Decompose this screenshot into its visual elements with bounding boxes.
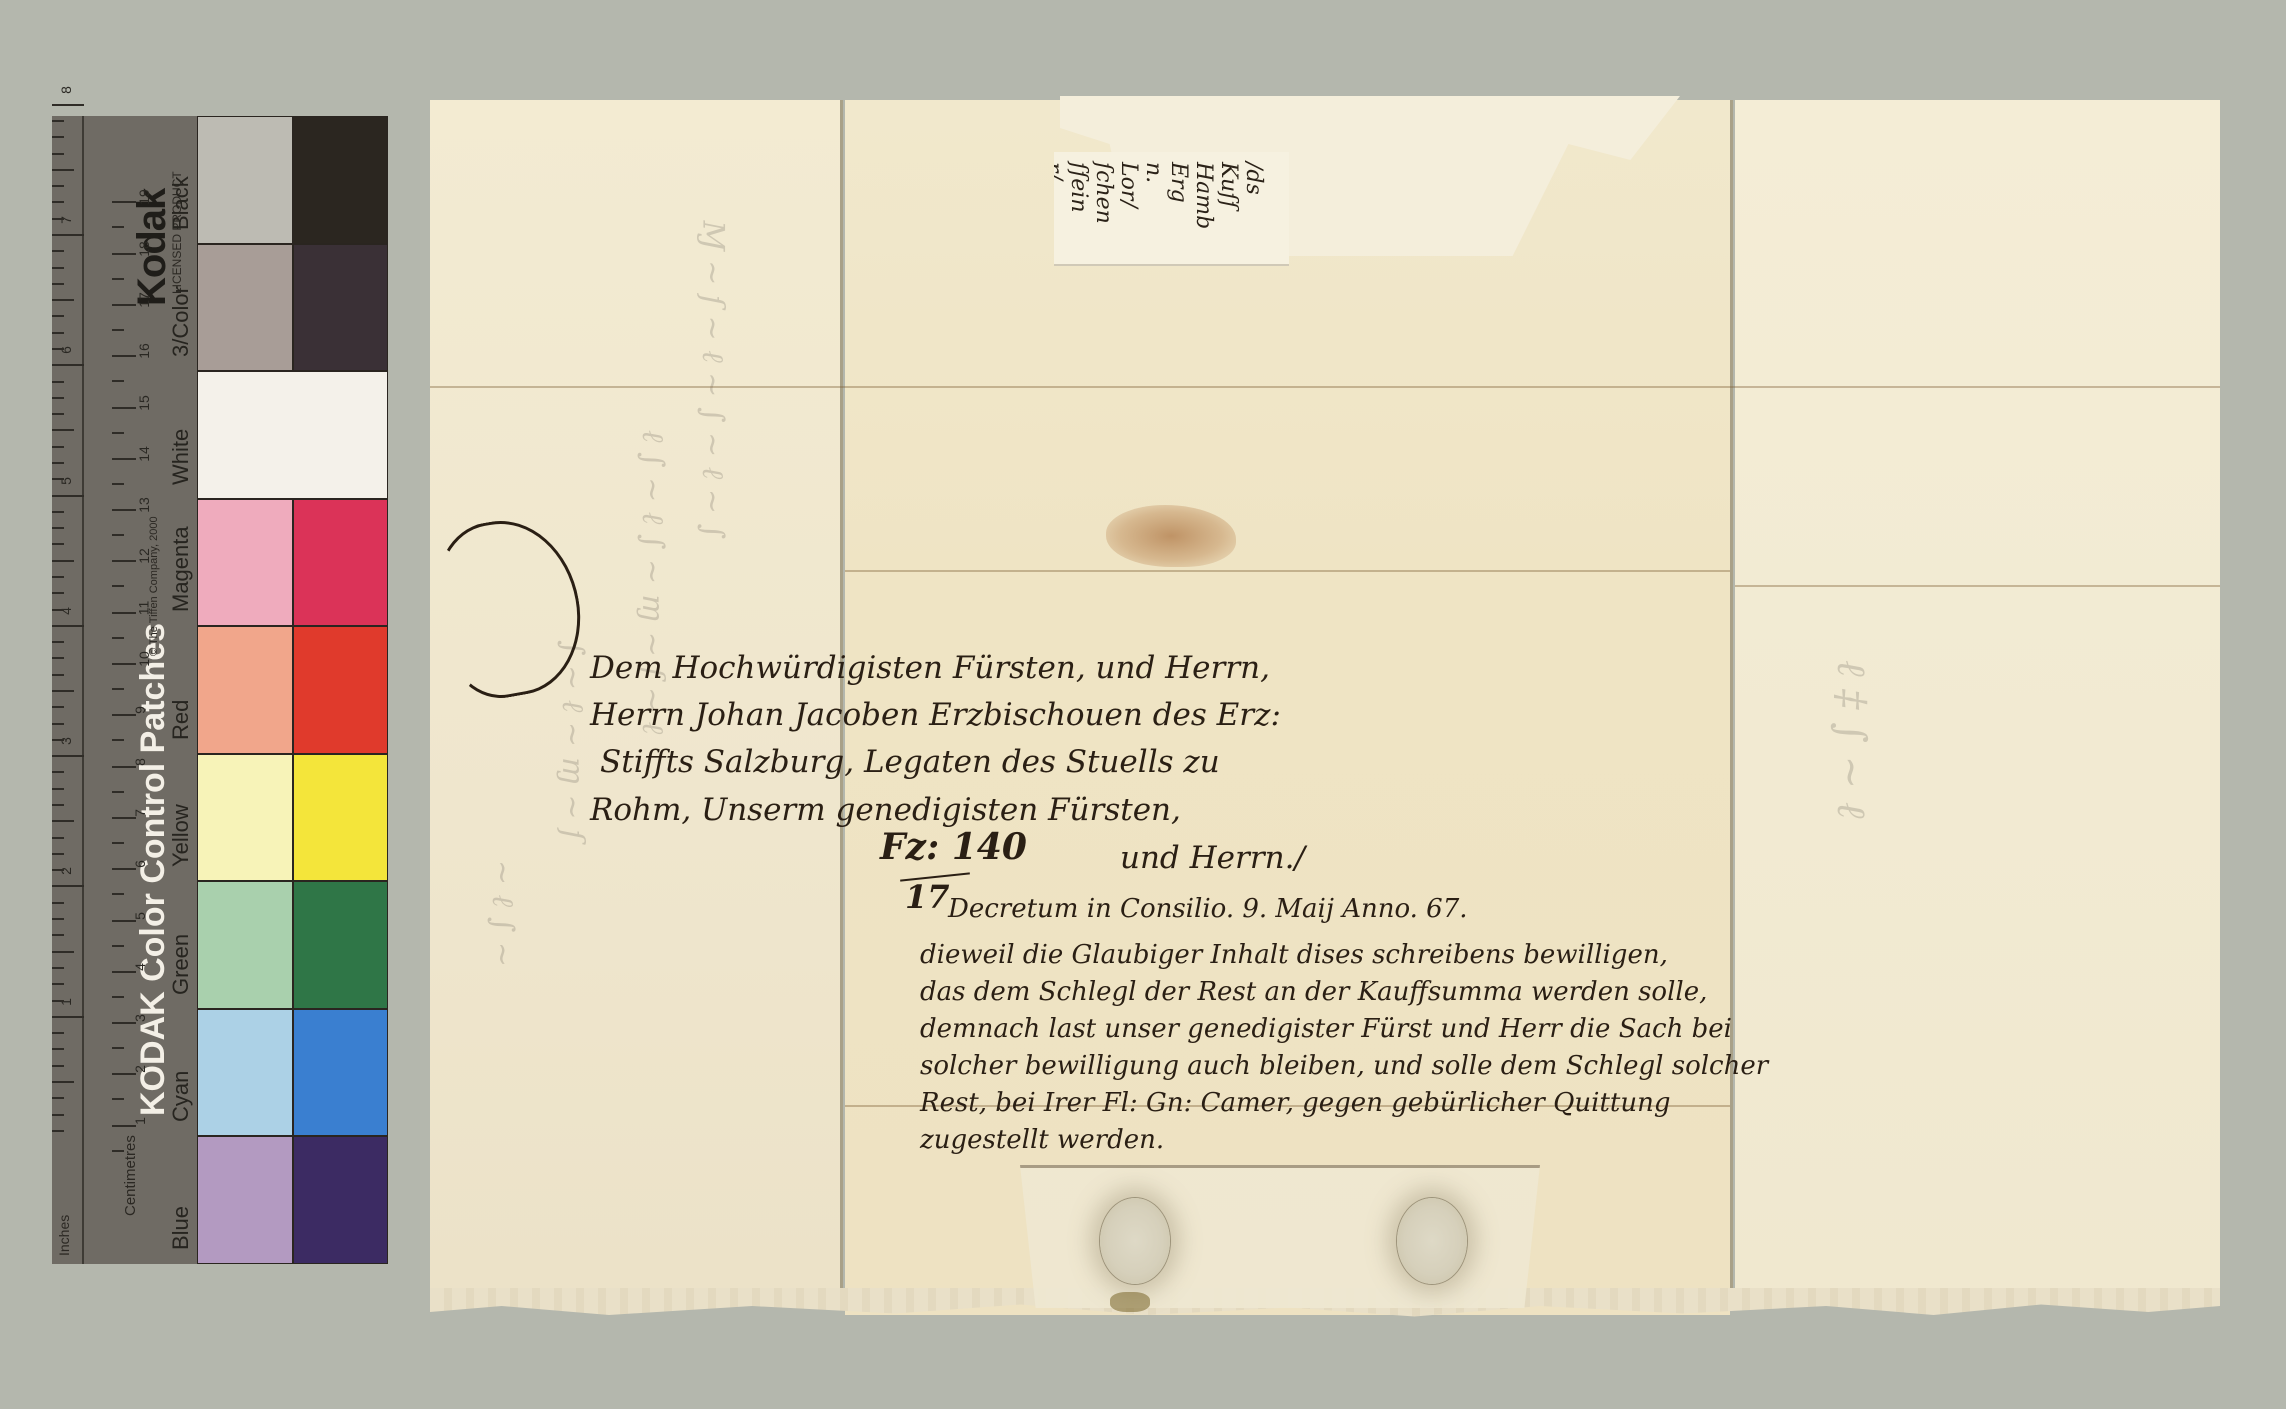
- cm-tick: [112, 201, 136, 203]
- tucked-fragment: r/: [1054, 162, 1066, 180]
- bleed-through-text: ~ ℓ ∫ ~: [485, 860, 520, 967]
- inch-subtick: [52, 1048, 64, 1050]
- inch-subtick: [52, 560, 74, 562]
- inch-tick: [52, 364, 84, 366]
- inch-subtick: [52, 657, 64, 659]
- inch-subtick: [52, 902, 64, 904]
- patch-red-dark: [293, 626, 388, 754]
- cm-tick: [112, 304, 136, 306]
- inch-subtick: [52, 397, 64, 399]
- copyright-notice: © The Tiffen Company, 2000: [148, 516, 160, 656]
- address-line: Dem Hochwürdigisten Fürsten, und Herrn,: [590, 650, 1270, 686]
- inch-subtick: [52, 169, 74, 171]
- cm-tick-label: 16: [136, 343, 152, 359]
- cm-tick: [112, 407, 136, 409]
- mm-tick: [112, 688, 124, 690]
- inch-subtick: [52, 153, 64, 155]
- right-fold-panel: ℓ ‡ ∫ ~ ℓ: [1735, 100, 2220, 1295]
- inch-subtick: [52, 218, 64, 220]
- cm-tick: [112, 560, 136, 562]
- inch-subtick: [52, 462, 64, 464]
- inch-subtick: [52, 918, 64, 920]
- patch-white: [197, 371, 388, 499]
- inch-subtick: [52, 478, 64, 480]
- inch-subtick: [52, 332, 64, 334]
- mm-tick: [112, 996, 124, 998]
- horizontal-fold: [845, 570, 1730, 572]
- inch-subtick: [52, 185, 64, 187]
- patch-3-color-dark: [293, 244, 388, 372]
- patch-label-3-color: 3/Color: [168, 286, 194, 357]
- inch-subtick: [52, 934, 64, 936]
- inch-subtick: [52, 1114, 64, 1116]
- cm-tick-label: 13: [136, 497, 152, 513]
- cm-tick-label: 10: [136, 651, 152, 667]
- inch-subtick: [52, 381, 64, 383]
- mm-tick: [112, 945, 124, 947]
- bleed-through-text: ℓ ∫ ~ ℓ ∫ ~ ɱ ~ ſ ~ ℓ: [635, 430, 670, 734]
- cm-tick-label: 8: [132, 758, 148, 766]
- vertical-fold: [1730, 100, 1733, 1305]
- tucked-fragment: Erg: [1166, 162, 1191, 203]
- mm-tick: [112, 534, 124, 536]
- cm-tick-label: 4: [132, 963, 148, 971]
- cm-tick-label: 15: [136, 395, 152, 411]
- cm-tick-label: 3: [132, 1014, 148, 1022]
- cm-tick-label: 12: [136, 549, 152, 565]
- cm-tick-label: 14: [136, 446, 152, 462]
- patch-black-light: [197, 116, 293, 244]
- cm-tick-label: 6: [132, 860, 148, 868]
- horizontal-fold: [1735, 585, 2220, 587]
- patch-label-red: Red: [168, 699, 194, 739]
- inch-subtick: [52, 1081, 74, 1083]
- inch-subtick: [52, 136, 64, 138]
- cm-tick: [112, 458, 136, 460]
- inch-tick: [52, 1016, 84, 1018]
- wax-seal-left: [1100, 1198, 1170, 1284]
- wax-seal-right: [1397, 1198, 1467, 1284]
- inch-subtick: [52, 788, 64, 790]
- patch-blue-light: [197, 1136, 293, 1264]
- tucked-fragment: n.: [1141, 162, 1166, 183]
- patch-magenta-dark: [293, 499, 388, 627]
- tucked-fragment: Kuſſ: [1216, 162, 1241, 208]
- inch-subtick: [52, 413, 64, 415]
- centimetres-label: Centimetres: [122, 1135, 139, 1216]
- inch-subtick: [52, 1032, 64, 1034]
- mm-tick: [112, 739, 124, 741]
- decree-line: demnach last unser genedigister Fürst un…: [920, 1014, 1732, 1044]
- tucked-insert: r/ſſeinſchenLor/n.ErgHambKuſſ/ds: [1054, 152, 1289, 266]
- inch-subtick: [52, 853, 64, 855]
- tucked-fragment: Lor/: [1116, 162, 1141, 208]
- inch-subtick: [52, 706, 64, 708]
- mm-tick: [112, 1047, 124, 1049]
- cm-tick-label: 17: [136, 292, 152, 308]
- inch-tick-label: 8: [58, 86, 74, 94]
- patch-cyan-dark: [293, 1009, 388, 1137]
- archive-shelfmark-number: 17: [905, 878, 950, 916]
- inch-tick: [52, 104, 84, 106]
- inch-subtick: [52, 967, 64, 969]
- inch-subtick: [52, 739, 64, 741]
- cm-tick: [112, 355, 136, 357]
- inch-subtick: [52, 543, 64, 545]
- patch-cyan-light: [197, 1009, 293, 1137]
- tucked-fragment: Hamb: [1191, 162, 1216, 229]
- inch-subtick: [52, 609, 64, 611]
- patch-label-white: White: [168, 428, 194, 484]
- strip-title: KODAK Color Control Patches: [134, 623, 173, 1116]
- patch-label-green: Green: [168, 933, 194, 994]
- cm-tick: [112, 714, 136, 716]
- inch-subtick: [52, 201, 64, 203]
- inch-subtick: [52, 527, 64, 529]
- patch-label-magenta: Magenta: [168, 526, 194, 612]
- inch-tick: [52, 495, 84, 497]
- mm-tick: [112, 329, 124, 331]
- cm-tick: [112, 1125, 136, 1127]
- cm-tick: [112, 253, 136, 255]
- mm-tick: [112, 483, 124, 485]
- archive-shelfmark: Fz: 140: [880, 826, 1027, 868]
- cm-tick-label: 7: [132, 809, 148, 817]
- mm-tick: [112, 1098, 124, 1100]
- cm-tick: [112, 817, 136, 819]
- inch-subtick: [52, 771, 64, 773]
- inch-subtick: [52, 511, 64, 513]
- inch-tick: [52, 755, 84, 757]
- cm-tick-label: 9: [132, 706, 148, 714]
- patch-green-light: [197, 881, 293, 1009]
- mm-tick: [112, 585, 124, 587]
- patch-label-blue: Blue: [168, 1205, 194, 1249]
- patch-yellow-light: [197, 754, 293, 882]
- inch-subtick: [52, 348, 64, 350]
- inch-subtick: [52, 446, 64, 448]
- inch-subtick: [52, 1097, 64, 1099]
- bleed-through-text: ℓ ‡ ∫ ~ ℓ: [1828, 660, 1875, 819]
- inch-subtick: [52, 267, 64, 269]
- patch-3-color-light: [197, 244, 293, 372]
- cm-tick-label: 2: [132, 1065, 148, 1073]
- patch-yellow-dark: [293, 754, 388, 882]
- inch-subtick: [52, 283, 64, 285]
- patch-black-dark: [293, 116, 388, 244]
- patch-green-dark: [293, 881, 388, 1009]
- inch-subtick: [52, 674, 64, 676]
- decree-line: Rest, bei Irer Fl: Gn: Camer, gegen gebü…: [920, 1088, 1670, 1118]
- kodak-color-control-strip: Inches Centimetres KODAK Color Control P…: [52, 116, 388, 1264]
- address-line: Rohm, Unserm genedigisten Fürsten,: [590, 792, 1181, 828]
- mm-tick: [112, 637, 124, 639]
- cm-tick: [112, 868, 136, 870]
- address-line: Herrn Johan Jacoben Erzbischouen des Erz…: [590, 697, 1281, 733]
- mm-tick: [112, 893, 124, 895]
- cm-tick-label: 11: [135, 600, 151, 615]
- inch-subtick: [52, 592, 64, 594]
- cm-tick-label: 5: [132, 912, 148, 920]
- inch-subtick: [52, 951, 74, 953]
- mm-tick: [112, 791, 124, 793]
- wax-residue: [1110, 1292, 1150, 1312]
- patch-label-black: Black: [168, 176, 194, 230]
- decree-line: solcher bewilligung auch bleiben, und so…: [920, 1051, 1768, 1081]
- decree-heading: Decretum in Consilio. 9. Maij Anno. 67.: [948, 894, 1468, 924]
- inch-subtick: [52, 983, 64, 985]
- tucked-fragment: ſchen: [1091, 162, 1116, 224]
- inch-subtick: [52, 250, 64, 252]
- decree-line: das dem Schlegl der Rest an der Kauffsum…: [920, 977, 1707, 1007]
- patch-label-yellow: Yellow: [168, 804, 194, 867]
- cm-tick-label: 19: [136, 190, 152, 206]
- mm-tick: [112, 278, 124, 280]
- patch-red-light: [197, 626, 293, 754]
- tucked-fragment: ſſein: [1066, 162, 1091, 213]
- bleed-through-text: Ɱ ~ ſ ~ ℓ ~ ∫ ~ ℓ ~ ∫: [695, 220, 730, 539]
- inch-subtick: [52, 1000, 64, 1002]
- inch-tick: [52, 885, 84, 887]
- mm-tick: [112, 380, 124, 382]
- inch-subtick: [52, 804, 64, 806]
- patch-blue-dark: [293, 1136, 388, 1264]
- horizontal-fold: [430, 386, 2220, 388]
- cm-tick: [112, 1073, 136, 1075]
- cm-tick: [112, 971, 136, 973]
- inch-tick: [52, 625, 84, 627]
- cm-tick: [112, 663, 136, 665]
- inches-label: Inches: [56, 1215, 72, 1256]
- decree-line: dieweil die Glaubiger Inhalt dises schre…: [920, 940, 1668, 970]
- cm-tick: [112, 612, 136, 614]
- inch-subtick: [52, 429, 74, 431]
- inch-tick: [52, 234, 84, 236]
- inch-subtick: [52, 641, 64, 643]
- inch-subtick: [52, 820, 74, 822]
- patch-label-cyan: Cyan: [168, 1071, 194, 1122]
- tucked-fragment: /ds: [1241, 162, 1266, 195]
- inch-subtick: [52, 1130, 64, 1132]
- cm-tick: [112, 1022, 136, 1024]
- address-line: und Herrn./: [1120, 840, 1305, 876]
- inch-subtick: [52, 299, 74, 301]
- inch-subtick: [52, 837, 64, 839]
- inch-subtick: [52, 120, 64, 122]
- decree-line: zugestellt werden.: [920, 1125, 1164, 1155]
- cm-tick-label: 18: [136, 241, 152, 257]
- patch-magenta-light: [197, 499, 293, 627]
- inch-subtick: [52, 315, 64, 317]
- inch-subtick: [52, 1065, 64, 1067]
- inch-subtick: [52, 869, 64, 871]
- mm-tick: [112, 226, 124, 228]
- mm-tick: [112, 1150, 124, 1152]
- mm-tick: [112, 842, 124, 844]
- address-line: Stiffts Salzburg, Legaten des Stuells zu: [600, 744, 1220, 780]
- inch-subtick: [52, 723, 64, 725]
- inch-subtick: [52, 690, 74, 692]
- inch-subtick: [52, 576, 64, 578]
- mm-tick: [112, 432, 124, 434]
- cm-tick-label: 1: [132, 1117, 148, 1125]
- cm-tick: [112, 509, 136, 511]
